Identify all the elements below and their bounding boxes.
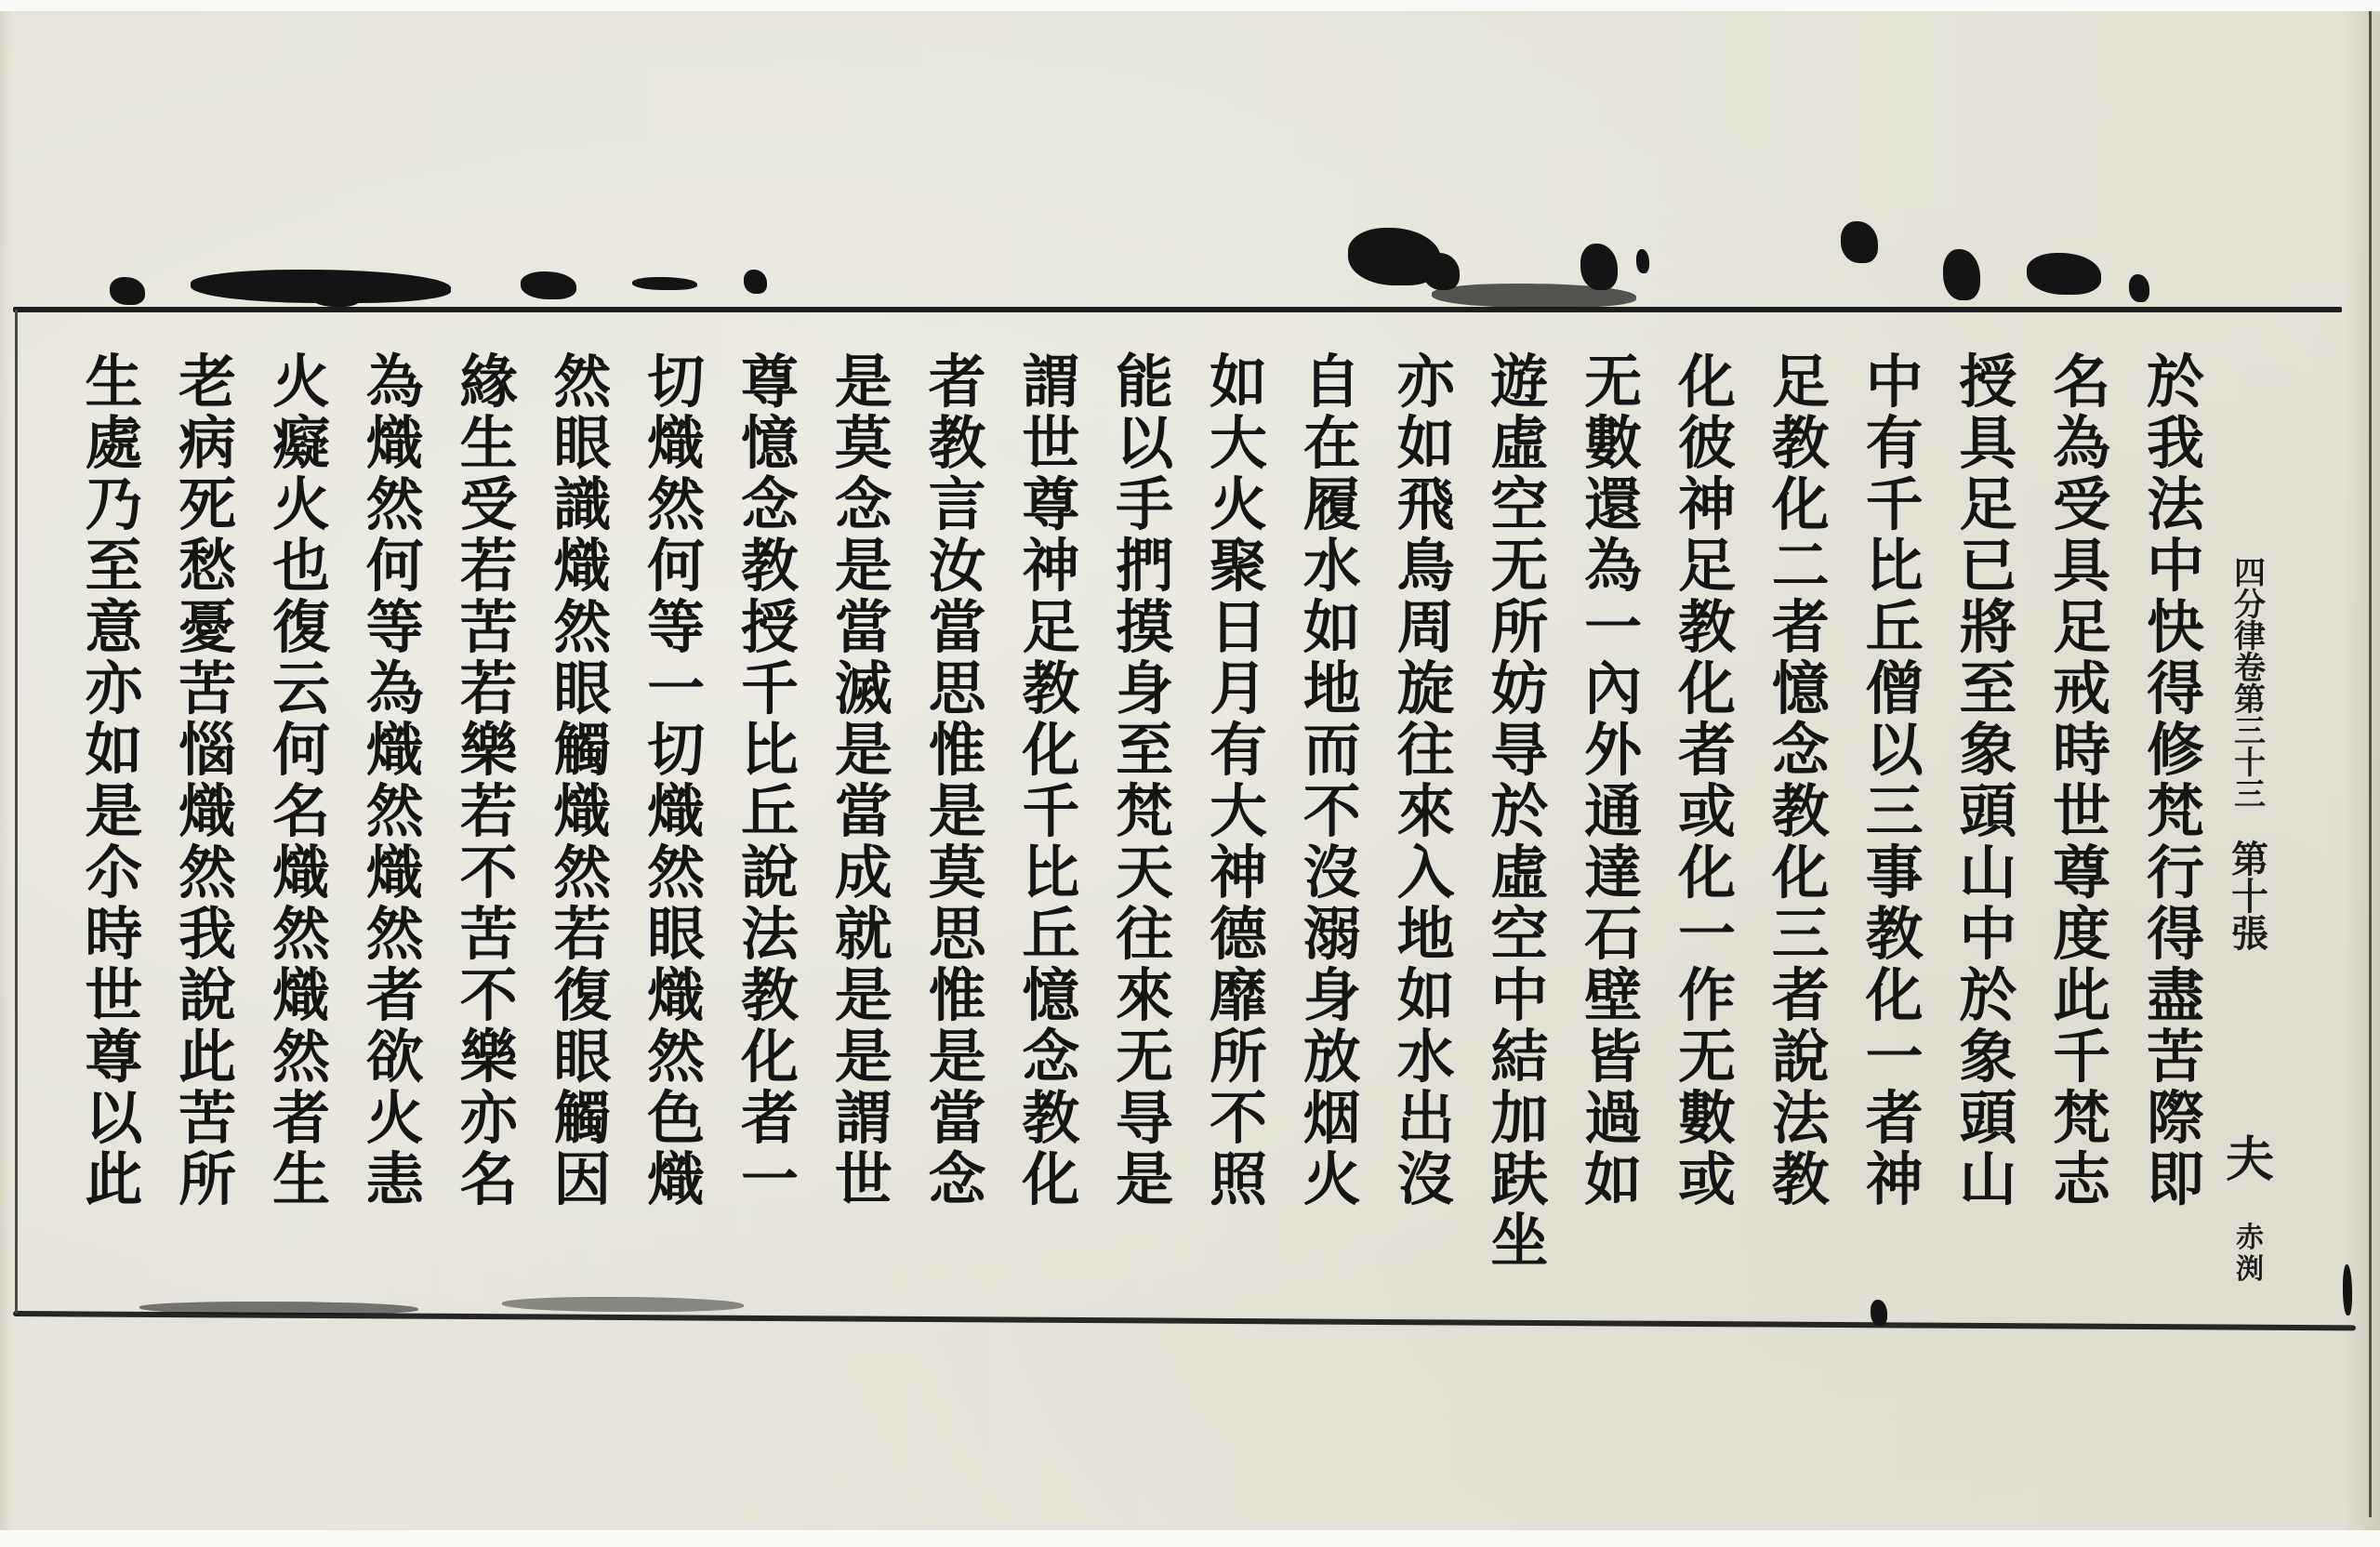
glyph: 然 — [542, 842, 622, 904]
glyph: 然 — [261, 904, 341, 965]
glyph: 熾 — [636, 965, 716, 1026]
glyph: 化 — [1761, 474, 1841, 535]
glyph: 通 — [1573, 781, 1653, 842]
glyph: 於 — [1948, 965, 2028, 1026]
glyph: 若 — [449, 658, 529, 720]
glyph: 念 — [730, 474, 810, 535]
glyph: 自 — [1292, 351, 1372, 413]
glyph: 說 — [730, 842, 810, 904]
glyph: 苦 — [167, 658, 247, 720]
glyph: 尒 — [73, 842, 153, 904]
glyph: 是 — [824, 535, 904, 597]
glyph: 然 — [542, 351, 622, 413]
glyph: 石 — [1573, 904, 1653, 965]
glyph: 是 — [73, 781, 153, 842]
glyph: 皆 — [1573, 1026, 1653, 1088]
glyph: 山 — [1948, 1149, 2028, 1210]
glyph: 頭 — [1948, 781, 2028, 842]
glyph: 戒 — [2042, 658, 2122, 720]
glyph: 時 — [73, 904, 153, 965]
glyph: 中 — [1479, 965, 1559, 1026]
glyph: 比 — [1855, 535, 1935, 597]
glyph: 苦 — [167, 1088, 247, 1149]
glyph: 教 — [1761, 1149, 1841, 1210]
glyph: 得 — [2135, 904, 2215, 965]
glyph: 在 — [1292, 413, 1372, 474]
glyph: 結 — [1479, 1026, 1559, 1088]
glyph: 具 — [2042, 535, 2122, 597]
glyph: 受 — [449, 474, 529, 535]
glyph: 恚 — [355, 1149, 435, 1210]
glyph: 梵 — [1104, 781, 1184, 842]
glyph: 乃 — [73, 474, 153, 535]
glyph: 色 — [636, 1088, 716, 1149]
glyph: 觸 — [542, 720, 622, 781]
glyph: 如 — [73, 720, 153, 781]
glyph: 足 — [1948, 474, 2028, 535]
glyph: 數 — [1667, 1088, 1747, 1149]
glyph: 溺 — [1292, 904, 1372, 965]
glyph: 憂 — [167, 597, 247, 658]
glyph: 觸 — [542, 1088, 622, 1149]
glyph: 教 — [1011, 658, 1091, 720]
glyph: 是 — [918, 781, 998, 842]
glyph: 此 — [73, 1149, 153, 1210]
glyph: 者 — [918, 351, 998, 413]
glyph: 思 — [918, 904, 998, 965]
glyph: 一 — [1573, 597, 1653, 658]
glyph: 憶 — [1011, 965, 1091, 1026]
glyph: 所 — [1198, 1026, 1278, 1088]
glyph: 㝵 — [1479, 720, 1559, 781]
glyph: 丘 — [1855, 597, 1935, 658]
glyph: 至 — [1104, 720, 1184, 781]
text-column-11: 如大火聚日月有大神德靡所不照 — [1198, 351, 1278, 1210]
glyph: 教 — [1667, 597, 1747, 658]
glyph: 亦 — [73, 658, 153, 720]
glyph: 足 — [1011, 597, 1091, 658]
glyph: 一 — [730, 1149, 810, 1210]
text-column-6: 化彼神足教化者或化一作无數或 — [1667, 351, 1747, 1210]
glyph: 若 — [449, 535, 529, 597]
glyph: 地 — [1386, 904, 1466, 965]
glyph: 加 — [1479, 1088, 1559, 1149]
glyph: 熾 — [167, 781, 247, 842]
glyph: 是 — [824, 351, 904, 413]
glyph: 以 — [73, 1088, 153, 1149]
glyph: 生 — [261, 1149, 341, 1210]
glyph: 无 — [1104, 1026, 1184, 1088]
glyph: 丘 — [1011, 904, 1091, 965]
glyph: 若 — [542, 904, 622, 965]
glyph: 苦 — [449, 597, 529, 658]
glyph: 或 — [1667, 1149, 1747, 1210]
glyph: 是 — [918, 1026, 998, 1088]
glyph: 然 — [261, 1026, 341, 1088]
glyph: 念 — [918, 1149, 998, 1210]
glyph: 天 — [1104, 842, 1184, 904]
glyph: 亦 — [449, 1088, 529, 1149]
glyph: 還 — [1573, 474, 1653, 535]
glyph: 水 — [1292, 535, 1372, 597]
glyph: 世 — [2042, 781, 2122, 842]
glyph: 志 — [2042, 1149, 2122, 1210]
glyph: 沒 — [1386, 1149, 1466, 1210]
glyph: 神 — [1198, 842, 1278, 904]
glyph: 而 — [1292, 720, 1372, 781]
glyph: 三 — [1761, 904, 1841, 965]
glyph: 際 — [2135, 1088, 2215, 1149]
glyph: 法 — [730, 904, 810, 965]
glyph: 彼 — [1667, 413, 1747, 474]
glyph: 達 — [1573, 842, 1653, 904]
glyph: 教 — [1761, 781, 1841, 842]
glyph: 丘 — [730, 781, 810, 842]
glyph: 大 — [1198, 413, 1278, 474]
glyph: 㝵 — [1104, 1088, 1184, 1149]
glyph: 化 — [1855, 965, 1935, 1026]
glyph: 等 — [355, 597, 435, 658]
glyph: 日 — [1198, 597, 1278, 658]
main-text-block: 於我法中快得修梵行得盡苦際即名為受具足戒時世尊度此千梵志授具足已將至象頭山中於象… — [0, 0, 2380, 1547]
glyph: 身 — [1292, 965, 1372, 1026]
glyph: 尊 — [1011, 474, 1091, 535]
glyph: 神 — [1855, 1149, 1935, 1210]
glyph: 如 — [1292, 597, 1372, 658]
glyph: 熾 — [355, 413, 435, 474]
glyph: 化 — [1667, 658, 1747, 720]
glyph: 成 — [824, 842, 904, 904]
glyph: 千 — [1855, 474, 1935, 535]
glyph: 欲 — [355, 1026, 435, 1088]
glyph: 此 — [167, 1026, 247, 1088]
glyph: 當 — [824, 597, 904, 658]
text-column-21: 火癡火也復云何名熾然熾然者生 — [261, 351, 341, 1210]
glyph: 捫 — [1104, 535, 1184, 597]
glyph: 世 — [824, 1149, 904, 1210]
glyph: 熾 — [636, 1149, 716, 1210]
glyph: 中 — [1948, 904, 2028, 965]
glyph: 數 — [1573, 413, 1653, 474]
glyph: 眼 — [542, 658, 622, 720]
glyph: 是 — [824, 965, 904, 1026]
glyph: 无 — [1479, 535, 1559, 597]
glyph: 為 — [1573, 535, 1653, 597]
glyph: 至 — [73, 535, 153, 597]
glyph: 意 — [73, 597, 153, 658]
glyph: 梵 — [2135, 781, 2215, 842]
glyph: 化 — [1011, 1149, 1091, 1210]
glyph: 化 — [1667, 351, 1747, 413]
text-column-10: 自在履水如地而不沒溺身放烟火 — [1292, 351, 1372, 1210]
glyph: 者 — [355, 965, 435, 1026]
glyph: 等 — [636, 597, 716, 658]
glyph: 已 — [1948, 535, 2028, 597]
glyph: 愁 — [167, 535, 247, 597]
glyph: 是 — [824, 720, 904, 781]
text-column-23: 生處乃至意亦如是尒時世尊以此 — [73, 351, 153, 1210]
glyph: 化 — [1667, 842, 1747, 904]
glyph: 眼 — [542, 1026, 622, 1088]
glyph: 具 — [1948, 413, 2028, 474]
text-column-12: 能以手捫摸身至梵天往來无㝵是 — [1104, 351, 1184, 1210]
glyph: 復 — [261, 597, 341, 658]
glyph: 山 — [1948, 842, 2028, 904]
glyph: 不 — [449, 965, 529, 1026]
glyph: 念 — [1761, 720, 1841, 781]
glyph: 者 — [730, 1088, 810, 1149]
glyph: 照 — [1198, 1149, 1278, 1210]
glyph: 何 — [261, 720, 341, 781]
glyph: 云 — [261, 658, 341, 720]
glyph: 癡 — [261, 413, 341, 474]
glyph: 者 — [1761, 597, 1841, 658]
glyph: 千 — [1011, 781, 1091, 842]
glyph: 一 — [636, 658, 716, 720]
glyph: 不 — [1292, 781, 1372, 842]
glyph: 不 — [449, 842, 529, 904]
glyph: 入 — [1386, 842, 1466, 904]
glyph: 鳥 — [1386, 535, 1466, 597]
text-column-2: 名為受具足戒時世尊度此千梵志 — [2042, 351, 2122, 1210]
glyph: 壁 — [1573, 965, 1653, 1026]
glyph: 比 — [730, 720, 810, 781]
glyph: 眼 — [636, 904, 716, 965]
glyph: 能 — [1104, 351, 1184, 413]
glyph: 或 — [1667, 781, 1747, 842]
glyph: 然 — [167, 842, 247, 904]
glyph: 當 — [918, 1088, 998, 1149]
glyph: 行 — [2135, 842, 2215, 904]
glyph: 如 — [1386, 965, 1466, 1026]
text-column-19: 緣生受若苦若樂若不苦不樂亦名 — [449, 351, 529, 1210]
glyph: 生 — [73, 351, 153, 413]
text-column-7: 无數還為一內外通達石壁皆過如 — [1573, 351, 1653, 1210]
glyph: 若 — [449, 781, 529, 842]
glyph: 象 — [1948, 1026, 2028, 1088]
glyph: 我 — [167, 904, 247, 965]
glyph: 當 — [824, 781, 904, 842]
glyph: 謂 — [824, 1088, 904, 1149]
glyph: 熾 — [261, 965, 341, 1026]
glyph: 有 — [1198, 720, 1278, 781]
glyph: 滅 — [824, 658, 904, 720]
glyph: 烟 — [1292, 1088, 1372, 1149]
glyph: 旋 — [1386, 658, 1466, 720]
glyph: 法 — [2135, 474, 2215, 535]
glyph: 手 — [1104, 474, 1184, 535]
glyph: 尊 — [73, 1026, 153, 1088]
glyph: 遊 — [1479, 351, 1559, 413]
glyph: 復 — [542, 965, 622, 1026]
glyph: 然 — [636, 474, 716, 535]
glyph: 得 — [2135, 658, 2215, 720]
glyph: 以 — [1104, 413, 1184, 474]
glyph: 教 — [1011, 1088, 1091, 1149]
glyph: 熾 — [636, 413, 716, 474]
glyph: 名 — [261, 781, 341, 842]
glyph: 足 — [1667, 535, 1747, 597]
glyph: 內 — [1573, 658, 1653, 720]
glyph: 樂 — [449, 720, 529, 781]
glyph: 於 — [2135, 351, 2215, 413]
text-column-5: 足教化二者憶念教化三者說法教 — [1761, 351, 1841, 1210]
glyph: 莫 — [824, 413, 904, 474]
glyph: 教 — [918, 413, 998, 474]
text-column-20: 為熾然何等為熾然熾然者欲火恚 — [355, 351, 435, 1210]
glyph: 莫 — [918, 842, 998, 904]
text-column-1: 於我法中快得修梵行得盡苦際即 — [2135, 351, 2215, 1210]
glyph: 識 — [542, 474, 622, 535]
glyph: 因 — [542, 1149, 622, 1210]
glyph: 以 — [1855, 720, 1935, 781]
glyph: 何 — [355, 535, 435, 597]
text-column-4: 中有千比丘僧以三事教化一者神 — [1855, 351, 1935, 1210]
glyph: 一 — [1667, 904, 1747, 965]
glyph: 說 — [1761, 1026, 1841, 1088]
glyph: 地 — [1292, 658, 1372, 720]
glyph: 為 — [355, 658, 435, 720]
glyph: 熾 — [542, 535, 622, 597]
glyph: 足 — [1761, 351, 1841, 413]
glyph: 放 — [1292, 1026, 1372, 1088]
glyph: 比 — [1011, 842, 1091, 904]
glyph: 者 — [1667, 720, 1747, 781]
glyph: 梵 — [2042, 1088, 2122, 1149]
glyph: 足 — [2042, 597, 2122, 658]
glyph: 尊 — [730, 351, 810, 413]
glyph: 聚 — [1198, 535, 1278, 597]
glyph: 熾 — [355, 842, 435, 904]
glyph: 思 — [918, 658, 998, 720]
glyph: 火 — [355, 1088, 435, 1149]
glyph: 事 — [1855, 842, 1935, 904]
glyph: 世 — [1011, 413, 1091, 474]
glyph: 念 — [824, 474, 904, 535]
text-column-17: 切熾然何等一切熾然眼熾然色熾 — [636, 351, 716, 1210]
glyph: 何 — [636, 535, 716, 597]
glyph: 快 — [2135, 597, 2215, 658]
text-column-13: 謂世尊神足教化千比丘憶念教化 — [1011, 351, 1091, 1210]
glyph: 念 — [1011, 1026, 1091, 1088]
glyph: 為 — [2042, 413, 2122, 474]
glyph: 教 — [730, 535, 810, 597]
glyph: 熾 — [542, 781, 622, 842]
glyph: 為 — [355, 351, 435, 413]
glyph: 火 — [1292, 1149, 1372, 1210]
glyph: 然 — [355, 904, 435, 965]
glyph: 是 — [824, 1026, 904, 1088]
glyph: 也 — [261, 535, 341, 597]
glyph: 中 — [1855, 351, 1935, 413]
glyph: 苦 — [449, 904, 529, 965]
glyph: 苦 — [2135, 1026, 2215, 1088]
glyph: 火 — [261, 474, 341, 535]
glyph: 來 — [1386, 781, 1466, 842]
glyph: 就 — [824, 904, 904, 965]
glyph: 者 — [261, 1088, 341, 1149]
glyph: 外 — [1573, 720, 1653, 781]
glyph: 教 — [730, 965, 810, 1026]
glyph: 空 — [1479, 474, 1559, 535]
glyph: 將 — [1948, 597, 2028, 658]
glyph: 如 — [1386, 413, 1466, 474]
glyph: 不 — [1198, 1088, 1278, 1149]
glyph: 火 — [261, 351, 341, 413]
glyph: 授 — [1948, 351, 2028, 413]
glyph: 中 — [2135, 535, 2215, 597]
glyph: 時 — [2042, 720, 2122, 781]
glyph: 眼 — [542, 413, 622, 474]
glyph: 過 — [1573, 1088, 1653, 1149]
glyph: 虛 — [1479, 413, 1559, 474]
glyph: 樂 — [449, 1026, 529, 1088]
glyph: 此 — [2042, 965, 2122, 1026]
glyph: 所 — [167, 1149, 247, 1210]
glyph: 處 — [73, 413, 153, 474]
glyph: 如 — [1573, 1149, 1653, 1210]
glyph: 一 — [1855, 1026, 1935, 1088]
glyph: 謂 — [1011, 351, 1091, 413]
glyph: 周 — [1386, 597, 1466, 658]
glyph: 神 — [1667, 474, 1747, 535]
glyph: 然 — [636, 1026, 716, 1088]
glyph: 然 — [355, 781, 435, 842]
glyph: 空 — [1479, 904, 1559, 965]
glyph: 修 — [2135, 720, 2215, 781]
glyph: 緣 — [449, 351, 529, 413]
glyph: 有 — [1855, 413, 1935, 474]
glyph: 頭 — [1948, 1088, 2028, 1149]
glyph: 趺 — [1479, 1149, 1559, 1210]
glyph: 水 — [1386, 1026, 1466, 1088]
glyph: 履 — [1292, 474, 1372, 535]
glyph: 切 — [636, 720, 716, 781]
glyph: 大 — [1198, 781, 1278, 842]
glyph: 千 — [730, 658, 810, 720]
glyph: 名 — [449, 1149, 529, 1210]
glyph: 生 — [449, 413, 529, 474]
glyph: 尊 — [2042, 842, 2122, 904]
glyph: 然 — [542, 597, 622, 658]
text-column-14: 者教言汝當思惟是莫思惟是當念 — [918, 351, 998, 1210]
glyph: 摸 — [1104, 597, 1184, 658]
glyph: 然 — [355, 474, 435, 535]
glyph: 於 — [1479, 781, 1559, 842]
glyph: 僧 — [1855, 658, 1935, 720]
glyph: 作 — [1667, 965, 1747, 1026]
text-column-8: 遊虛空无所妨㝵於虛空中結加趺坐 — [1479, 351, 1559, 1272]
text-column-15: 是莫念是當滅是當成就是是謂世 — [824, 351, 904, 1210]
glyph: 月 — [1198, 658, 1278, 720]
glyph: 老 — [167, 351, 247, 413]
glyph: 然 — [636, 842, 716, 904]
glyph: 惱 — [167, 720, 247, 781]
glyph: 至 — [1948, 658, 2028, 720]
glyph: 言 — [918, 474, 998, 535]
glyph: 往 — [1386, 720, 1466, 781]
text-column-16: 尊憶念教授千比丘說法教化者一 — [730, 351, 810, 1210]
text-column-18: 然眼識熾然眼觸熾然若復眼觸因 — [542, 351, 622, 1210]
glyph: 千 — [2042, 1026, 2122, 1088]
glyph: 无 — [1573, 351, 1653, 413]
glyph: 靡 — [1198, 965, 1278, 1026]
glyph: 化 — [1011, 720, 1091, 781]
glyph: 妨 — [1479, 658, 1559, 720]
glyph: 切 — [636, 351, 716, 413]
glyph: 惟 — [918, 965, 998, 1026]
glyph: 說 — [167, 965, 247, 1026]
